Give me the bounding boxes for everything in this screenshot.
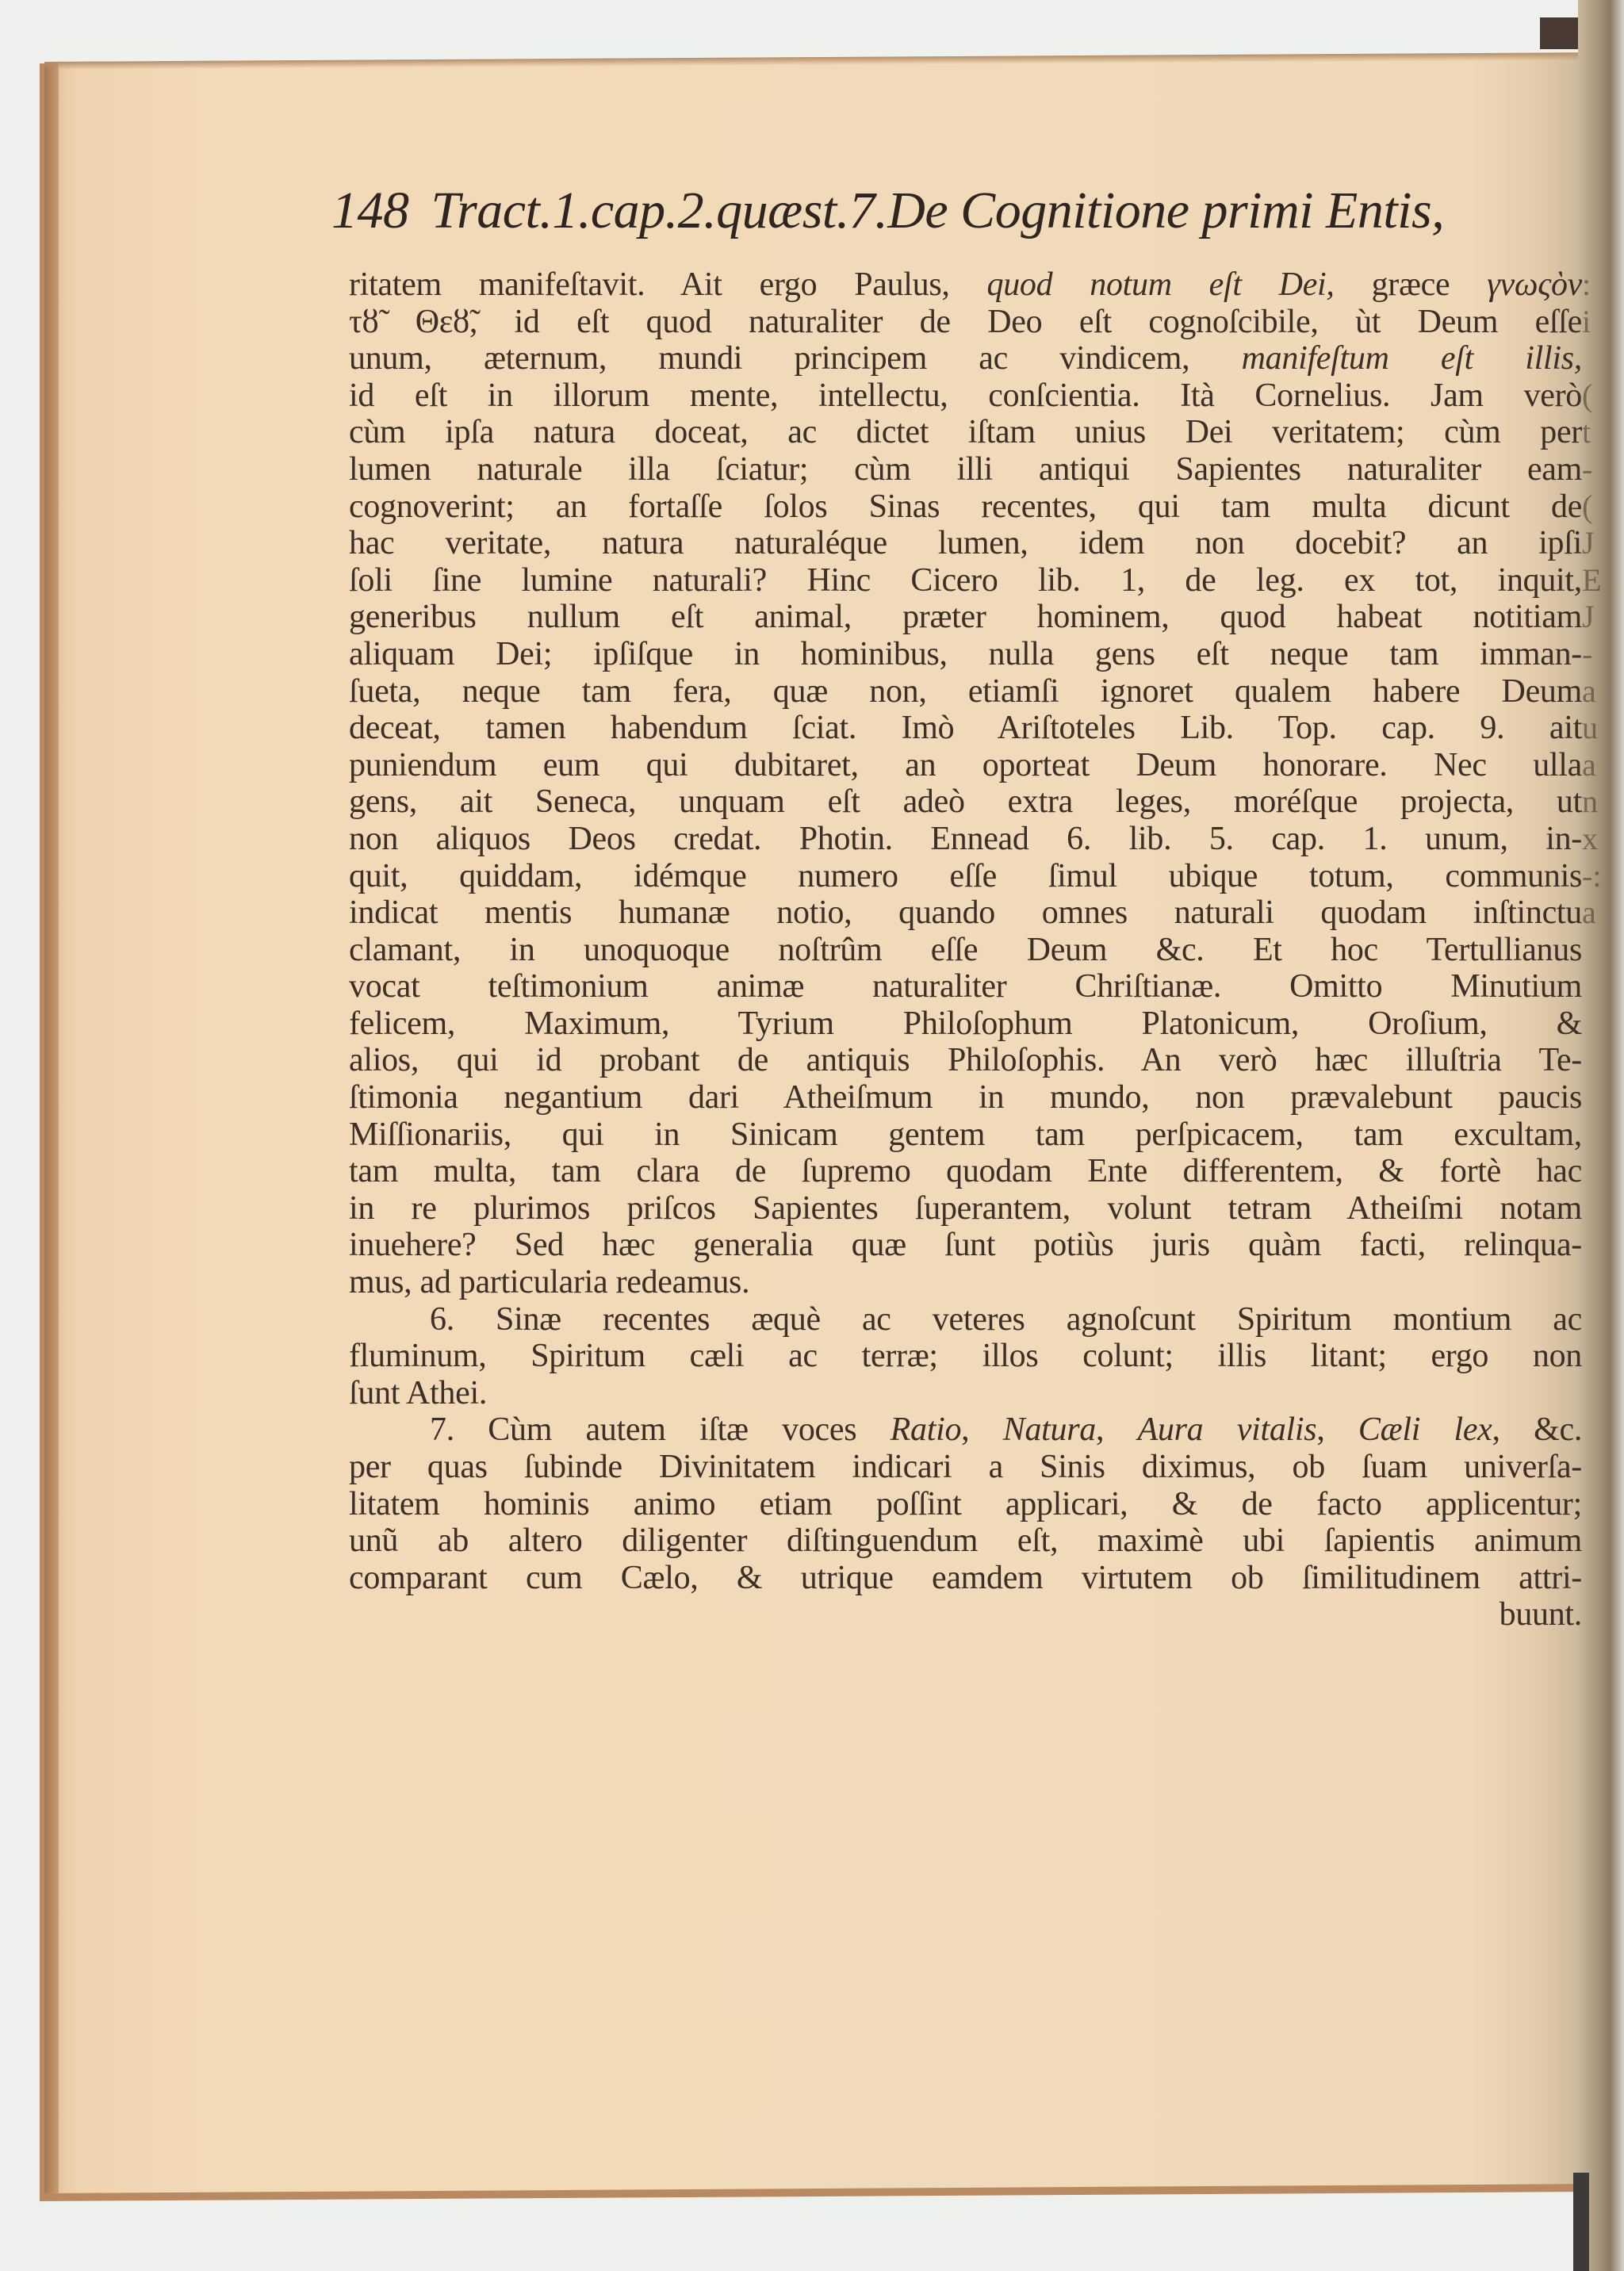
sliver-glyph: -: [1582, 636, 1622, 673]
text-line: Miſſionariis, qui in Sinicam gentem tam …: [349, 1116, 1582, 1154]
text-run: cùm ipſa natura doceat, ac dictet iſtam …: [349, 414, 1582, 450]
sliver-glyph: x: [1582, 821, 1622, 858]
sliver-glyph: -:: [1582, 858, 1622, 895]
sliver-glyph: [1582, 340, 1622, 377]
text-line: 6. Sinæ recentes æquè ac veteres agnoſcu…: [349, 1301, 1582, 1338]
text-line: non aliquos Deos credat. Photin. Ennead …: [349, 821, 1582, 858]
text-line: quit, quiddam, idémque numero eſſe ſimul…: [349, 858, 1582, 895]
text-line: fluminum, Spiritum cæli ac terræ; illos …: [349, 1338, 1582, 1375]
text-line: per quas ſubinde Divinitatem indicari a …: [349, 1449, 1582, 1486]
text-run: buunt.: [1500, 1596, 1582, 1633]
sliver-glyph: -: [1582, 451, 1622, 488]
text-line: hac veritate, natura naturaléque lumen, …: [349, 525, 1582, 562]
text-run: puniendum eum qui dubitaret, an oporteat…: [349, 747, 1582, 783]
text-run: ,: [1096, 1411, 1138, 1448]
italic-text: Cæli lex: [1358, 1411, 1492, 1448]
text-line: ſunt Athei.: [349, 1375, 1582, 1412]
text-line: ſueta, neque tam fera, quæ non, etiamſi …: [349, 673, 1582, 710]
text-line: tam multa, tam clara de ſupremo quodam E…: [349, 1153, 1582, 1190]
sliver-glyph: (: [1582, 488, 1622, 526]
italic-text: Ratio: [891, 1411, 962, 1448]
text-run: felicem, Maximum, Tyrium Philoſophum Pla…: [349, 1005, 1582, 1042]
text-line: cognoverint; an fortaſſe ſolos Sinas rec…: [349, 488, 1582, 526]
facing-page-sliver: :i(t-(JEJ-auanx-:a: [1582, 266, 1622, 932]
text-line: lumen naturale illa ſciatur; cùm illi an…: [349, 451, 1582, 488]
text-run: , &c.: [1492, 1411, 1582, 1448]
text-run: cognoverint; an fortaſſe ſolos Sinas rec…: [349, 488, 1582, 525]
text-run: gens, ait Seneca, unquam eſt adeò extra …: [349, 783, 1582, 820]
sliver-glyph: E: [1582, 562, 1622, 599]
sliver-glyph: i: [1582, 304, 1622, 341]
italic-text: manifeſtum eſt illis,: [1242, 340, 1582, 377]
text-run: deceat, tamen habendum ſciat. Imò Ariſto…: [349, 710, 1582, 746]
text-run: ,: [1316, 1411, 1358, 1448]
text-line: litatem hominis animo etiam poſſint appl…: [349, 1486, 1582, 1523]
text-run: generibus nullum eſt animal, præter homi…: [349, 599, 1582, 635]
text-run: lumen naturale illa ſciatur; cùm illi an…: [349, 451, 1582, 488]
text-run: ſunt Athei.: [349, 1375, 487, 1411]
binding-bottom: [1573, 2173, 1589, 2271]
text-line: indicat mentis humanæ notio, quando omne…: [349, 894, 1582, 932]
text-run: unũ ab altero diligenter diſtinguendum e…: [349, 1522, 1582, 1559]
text-line: inuehere? Sed hæc generalia quæ ſunt pot…: [349, 1227, 1582, 1264]
text-run: Miſſionariis, qui in Sinicam gentem tam …: [349, 1116, 1582, 1153]
text-run: comparant cum Cælo, & utrique eamdem vir…: [349, 1560, 1582, 1596]
text-line: τȣ̃ Θεȣ̃, id eſt quod naturaliter de Deo…: [349, 304, 1582, 341]
sliver-glyph: a: [1582, 747, 1622, 784]
text-run: mus, ad particularia redeamus.: [349, 1264, 749, 1300]
text-line: gens, ait Seneca, unquam eſt adeò extra …: [349, 783, 1582, 821]
italic-text: γνωςὸν: [1487, 266, 1582, 303]
sliver-glyph: u: [1582, 710, 1622, 747]
sliver-glyph: a: [1582, 673, 1622, 710]
text-line: ritatem manifeſtavit. Ait ergo Paulus, q…: [349, 266, 1582, 304]
text-run: litatem hominis animo etiam poſſint appl…: [349, 1486, 1582, 1522]
text-run: id eſt in illorum mente, intellectu, con…: [349, 377, 1582, 414]
running-head-title: Tract.1.cap.2.quæst.7.De Cognitione prim…: [431, 182, 1445, 239]
sliver-glyph: :: [1582, 266, 1622, 304]
sliver-glyph: (: [1582, 377, 1622, 415]
text-line: generibus nullum eſt animal, præter homi…: [349, 599, 1582, 636]
italic-text: quod notum eſt Dei,: [987, 266, 1335, 303]
italic-text: Natura: [1003, 1411, 1096, 1448]
text-run: hac veritate, natura naturaléque lumen, …: [349, 525, 1582, 561]
text-line: comparant cum Cælo, & utrique eamdem vir…: [349, 1560, 1582, 1597]
sliver-glyph: n: [1582, 783, 1622, 821]
text-line: alios, qui id probant de antiquis Philoſ…: [349, 1042, 1582, 1079]
text-run: 7. Cùm autem iſtæ voces: [430, 1411, 891, 1448]
text-run: inuehere? Sed hæc generalia quæ ſunt pot…: [349, 1227, 1582, 1263]
text-line: unũ ab altero diligenter diſtinguendum e…: [349, 1522, 1582, 1560]
text-run: ſoli ſine lumine naturali? Hinc Cicero l…: [349, 562, 1582, 599]
text-run: græce: [1335, 266, 1488, 303]
text-line: unum, æternum, mundi principem ac vindic…: [349, 340, 1582, 377]
text-run: vocat teſtimonium animæ naturaliter Chri…: [349, 968, 1582, 1005]
text-run: ſtimonia negantium dari Atheiſmum in mun…: [349, 1079, 1582, 1116]
text-run: τȣ̃ Θεȣ̃, id eſt quod naturaliter de Deo…: [349, 304, 1582, 340]
text-line: mus, ad particularia redeamus.: [349, 1264, 1582, 1301]
text-run: alios, qui id probant de antiquis Philoſ…: [349, 1042, 1582, 1078]
text-line: ſtimonia negantium dari Atheiſmum in mun…: [349, 1079, 1582, 1116]
text-run: ritatem manifeſtavit. Ait ergo Paulus,: [349, 266, 987, 303]
text-line: id eſt in illorum mente, intellectu, con…: [349, 377, 1582, 415]
text-line: felicem, Maximum, Tyrium Philoſophum Pla…: [349, 1005, 1582, 1043]
italic-text: Aura vitalis: [1138, 1411, 1317, 1448]
text-line: in re plurimos priſcos Sapientes ſuperan…: [349, 1190, 1582, 1227]
scan-background: [0, 0, 1624, 62]
sliver-glyph: a: [1582, 894, 1622, 932]
text-run: aliquam Dei; ipſiſque in hominibus, null…: [349, 636, 1582, 672]
text-run: per quas ſubinde Divinitatem indicari a …: [349, 1449, 1582, 1485]
text-run: ſueta, neque tam fera, quæ non, etiamſi …: [349, 673, 1582, 710]
text-line: puniendum eum qui dubitaret, an oporteat…: [349, 747, 1582, 784]
text-line: aliquam Dei; ipſiſque in hominibus, null…: [349, 636, 1582, 673]
text-line: cùm ipſa natura doceat, ac dictet iſtam …: [349, 414, 1582, 451]
text-run: ,: [961, 1411, 1003, 1448]
sliver-glyph: J: [1582, 525, 1622, 562]
sliver-glyph: t: [1582, 414, 1622, 451]
body-text: ritatem manifeſtavit. Ait ergo Paulus, q…: [349, 266, 1582, 1633]
text-line: deceat, tamen habendum ſciat. Imò Ariſto…: [349, 710, 1582, 747]
text-run: tam multa, tam clara de ſupremo quodam E…: [349, 1153, 1582, 1189]
text-line: buunt.: [349, 1596, 1582, 1633]
text-run: non aliquos Deos credat. Photin. Ennead …: [349, 821, 1582, 857]
text-line: clamant, in unoquoque noſtrûm eſſe Deum …: [349, 932, 1582, 969]
text-line: 7. Cùm autem iſtæ voces Ratio, Natura, A…: [349, 1411, 1582, 1449]
text-run: fluminum, Spiritum cæli ac terræ; illos …: [349, 1338, 1582, 1374]
text-run: in re plurimos priſcos Sapientes ſuperan…: [349, 1190, 1582, 1227]
text-line: vocat teſtimonium animæ naturaliter Chri…: [349, 968, 1582, 1005]
running-head: 148Tract.1.cap.2.quæst.7.De Cognitione p…: [331, 181, 1444, 241]
page-number: 148: [331, 182, 409, 239]
text-line: ſoli ſine lumine naturali? Hinc Cicero l…: [349, 562, 1582, 599]
text-run: clamant, in unoquoque noſtrûm eſſe Deum …: [349, 932, 1582, 968]
text-run: quit, quiddam, idémque numero eſſe ſimul…: [349, 858, 1582, 894]
text-run: 6. Sinæ recentes æquè ac veteres agnoſcu…: [430, 1301, 1582, 1338]
text-run: indicat mentis humanæ notio, quando omne…: [349, 894, 1582, 931]
sliver-glyph: J: [1582, 599, 1622, 636]
text-run: unum, æternum, mundi principem ac vindic…: [349, 340, 1242, 377]
